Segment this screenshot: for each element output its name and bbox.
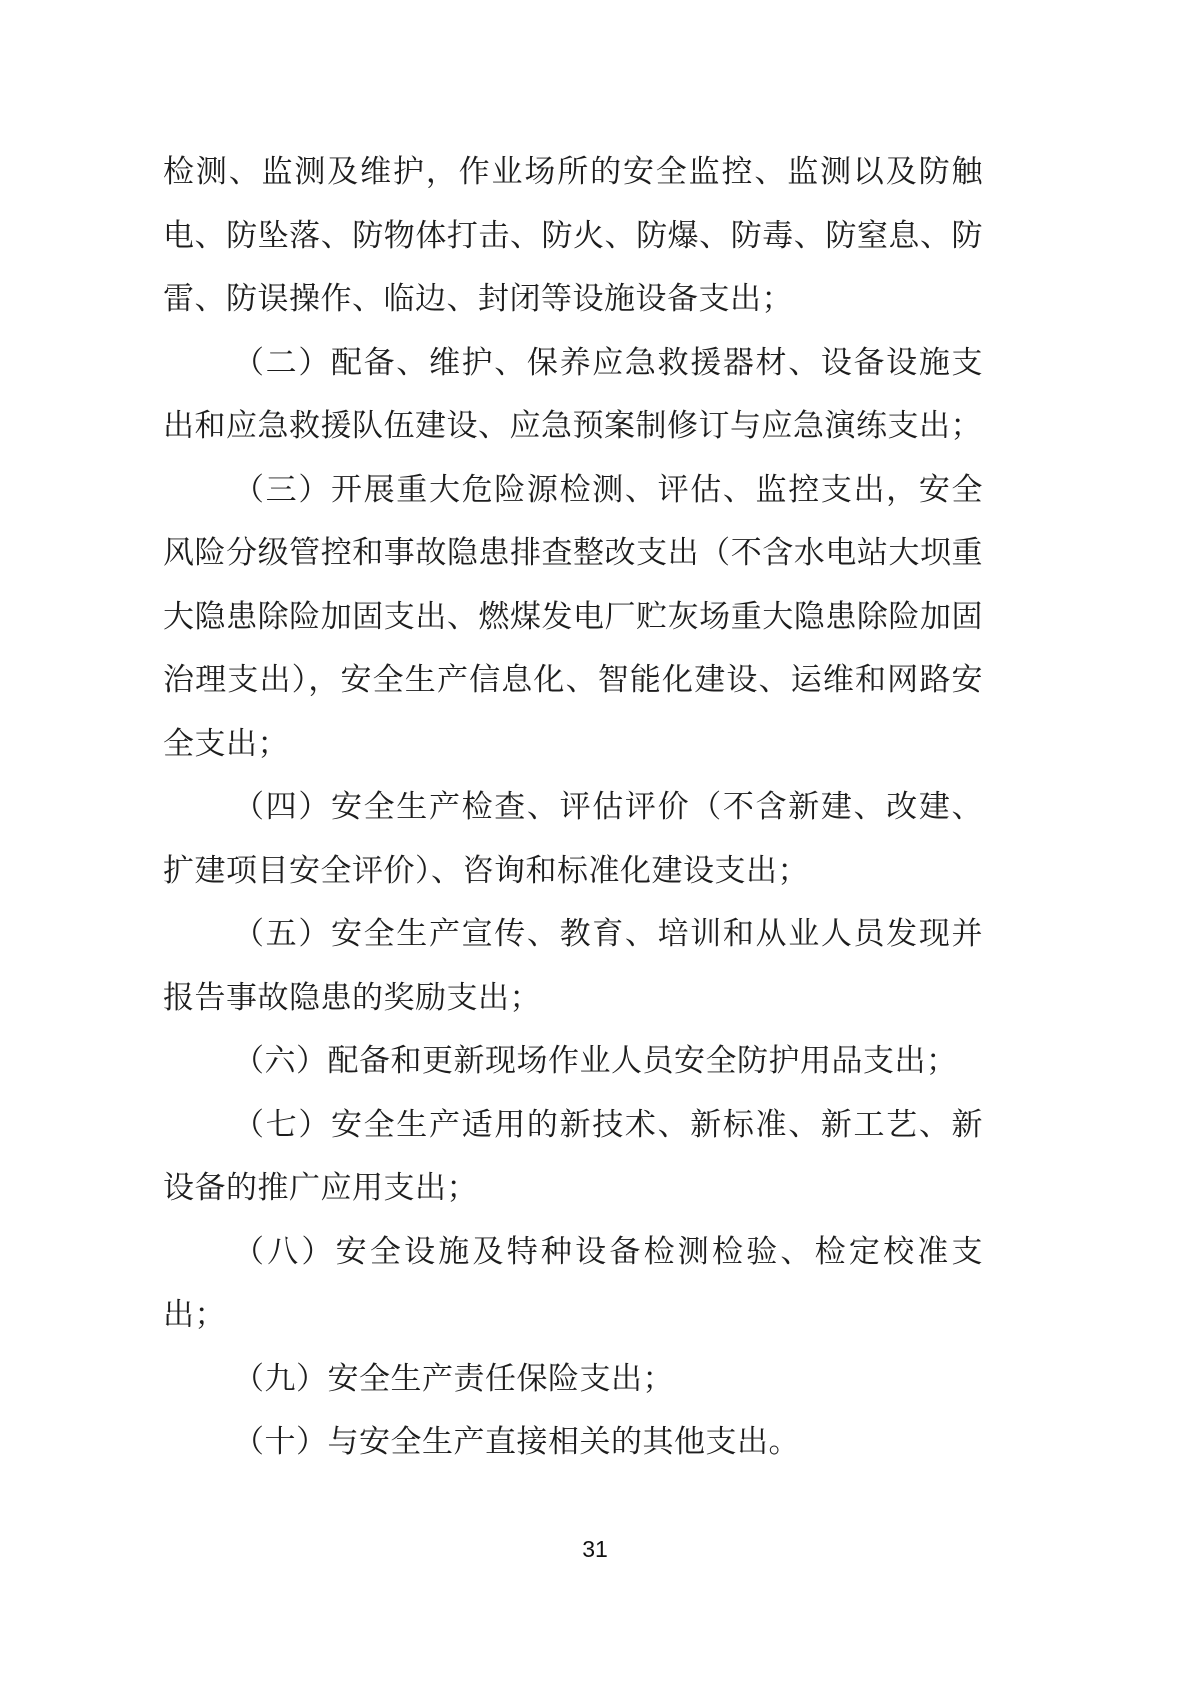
paragraph-item-5: （五）安全生产宣传、教育、培训和从业人员发现并报告事故隐患的奖励支出； xyxy=(163,902,983,1029)
paragraph-item-10: （十）与安全生产直接相关的其他支出。 xyxy=(163,1410,983,1474)
document-body: 检测、监测及维护，作业场所的安全监控、监测以及防触电、防坠落、防物体打击、防火、… xyxy=(163,140,983,1474)
page-number: 31 xyxy=(582,1536,608,1562)
paragraph-item-4: （四）安全生产检查、评估评价（不含新建、改建、扩建项目安全评价）、咨询和标准化建… xyxy=(163,775,983,902)
paragraph-item-6: （六）配备和更新现场作业人员安全防护用品支出； xyxy=(163,1029,983,1093)
page-footer: 31 xyxy=(0,1536,1190,1563)
paragraph-item-3: （三）开展重大危险源检测、评估、监控支出，安全风险分级管控和事故隐患排查整改支出… xyxy=(163,458,983,776)
paragraph-item-2: （二）配备、维护、保养应急救援器材、设备设施支出和应急救援队伍建设、应急预案制修… xyxy=(163,331,983,458)
paragraph-item-7: （七）安全生产适用的新技术、新标准、新工艺、新设备的推广应用支出； xyxy=(163,1093,983,1220)
document-page: 检测、监测及维护，作业场所的安全监控、监测以及防触电、防坠落、防物体打击、防火、… xyxy=(0,0,1190,1683)
paragraph-item-8: （八）安全设施及特种设备检测检验、检定校准支出； xyxy=(163,1220,983,1347)
paragraph-item-9: （九）安全生产责任保险支出； xyxy=(163,1347,983,1411)
paragraph-continuation: 检测、监测及维护，作业场所的安全监控、监测以及防触电、防坠落、防物体打击、防火、… xyxy=(163,140,983,331)
